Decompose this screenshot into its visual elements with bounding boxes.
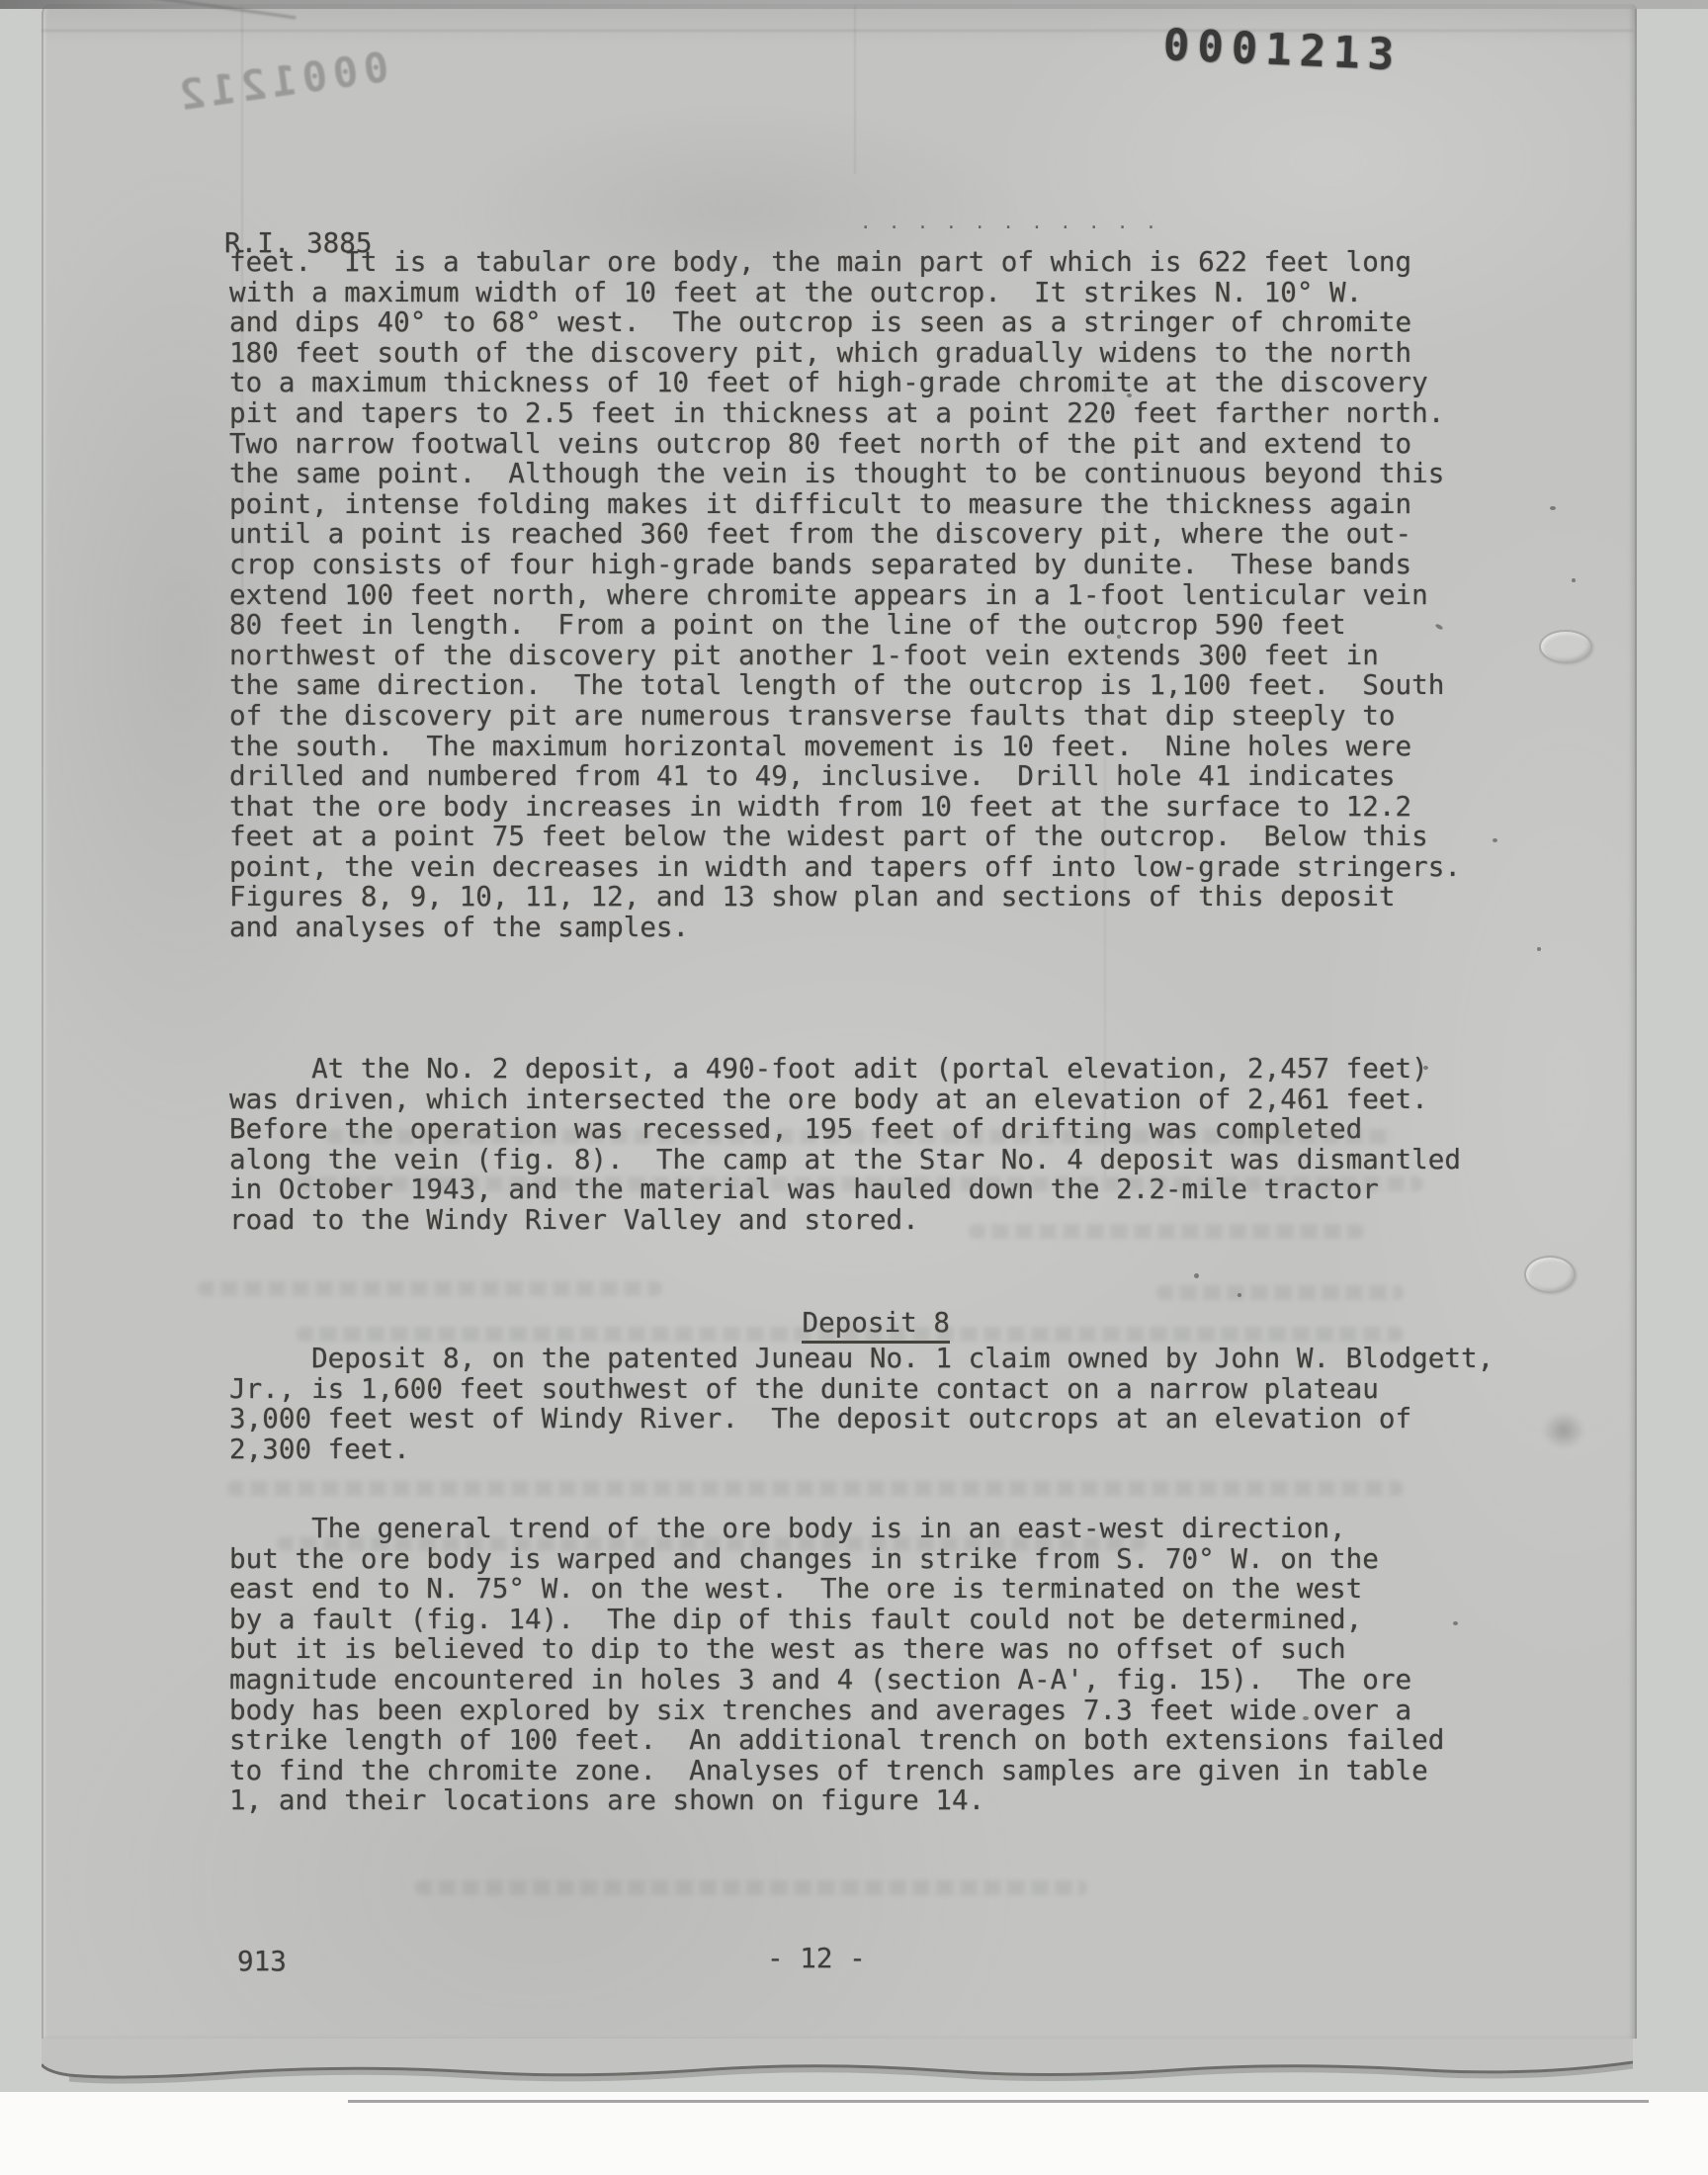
footer-left-number: 913: [237, 1947, 287, 1977]
bleedthrough-text: [198, 1281, 662, 1296]
bleedthrough-text: [297, 1176, 1423, 1191]
paper-bottom-edge: [42, 2039, 1633, 2086]
scan-speck: [1117, 635, 1121, 639]
typed-dots-artifact: . . . . . . . . . . .: [860, 212, 1159, 233]
bleedthrough-text: [415, 1880, 1087, 1895]
scan-speck: [1127, 393, 1132, 397]
bleedthrough-text: [297, 1327, 1404, 1342]
vertical-crease-center: [854, 6, 856, 174]
scanner-margin: [0, 2092, 1708, 2175]
paragraph-deposit8-location: Deposit 8, on the patented Juneau No. 1 …: [229, 1344, 1494, 1464]
scan-speck: [1550, 506, 1556, 510]
bleedthrough-text: [326, 1129, 1394, 1144]
scan-speck: [1453, 1621, 1458, 1625]
scan-smudge: [1542, 1412, 1585, 1449]
scan-speck: [1238, 1293, 1241, 1297]
punch-hole-mark-bottom: [1524, 1256, 1576, 1293]
scan-speck: [1537, 947, 1541, 951]
bleedthrough-text: [1156, 1285, 1404, 1300]
scan-speck: [1493, 838, 1497, 842]
scanner-edge-line: [348, 2100, 1649, 2103]
paragraph-deposit8-trend: The general trend of the ore body is in …: [229, 1514, 1444, 1816]
serial-stamp: 0001213: [1162, 20, 1403, 80]
scan-speck: [1141, 407, 1145, 410]
page-number: - 12 -: [767, 1944, 866, 1974]
paragraph-no2-deposit: At the No. 2 deposit, a 490-foot adit (p…: [229, 1054, 1461, 1236]
scan-speck: [1572, 578, 1576, 582]
paragraph-continuation: feet. It is a tabular ore body, the main…: [229, 247, 1461, 943]
scan-speck: [1303, 1716, 1309, 1720]
bleedthrough-text: [227, 1481, 1404, 1496]
scanned-report-page: 0001213 0001212 R.I. 3885 . . . . . . . …: [0, 0, 1708, 2175]
scan-speck: [1194, 1273, 1199, 1278]
punch-hole-mark-top: [1539, 630, 1592, 663]
bleedthrough-text: [277, 1536, 1147, 1551]
scan-speck: [1423, 1066, 1428, 1070]
bleedthrough-text: [969, 1224, 1364, 1239]
